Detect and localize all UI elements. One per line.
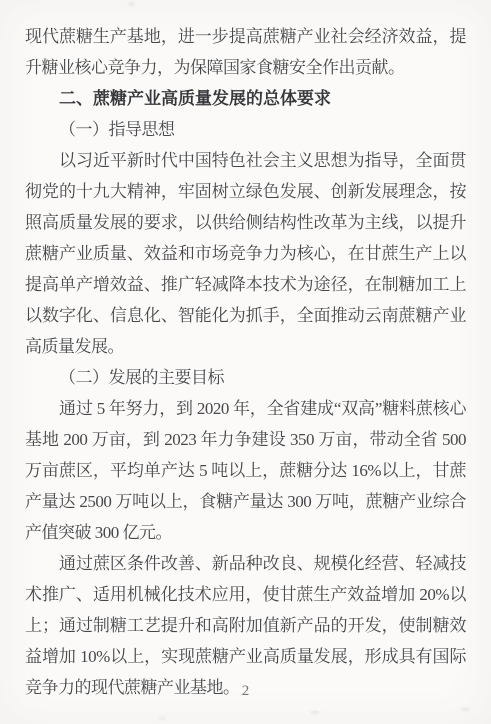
scan-smudge [310,711,320,714]
scan-smudge [158,717,166,720]
subsection-heading-2: （二）发展的主要目标 [25,362,466,393]
section-heading: 二、蔗糖产业高质量发展的总体要求 [25,83,466,114]
subsection-heading-1: （一）指导思想 [25,114,466,145]
paragraph-continued: 现代蔗糖生产基地，进一步提高蔗糖产业社会经济效益，提升糖业核心竞争力，为保障国家… [25,21,466,83]
document-page: 现代蔗糖生产基地，进一步提高蔗糖产业社会经济效益，提升糖业核心竞争力，为保障国家… [0,0,491,724]
page-number: 2 [0,683,491,700]
paragraph-development-targets: 通过 5 年努力，到 2020 年，全省建成“双高”糖料蔗核心基地 200 万亩… [25,393,466,548]
scan-smudge [128,2,135,6]
paragraph-guiding-ideology: 以习近平新时代中国特色社会主义思想为指导，全面贯彻党的十九大精神，牢固树立绿色发… [25,145,466,362]
document-body: 现代蔗糖生产基地，进一步提高蔗糖产业社会经济效益，提升糖业核心竞争力，为保障国家… [25,21,466,703]
scan-smudge [461,708,470,711]
paragraph-benefit-targets: 通过蔗区条件改善、新品种改良、规模化经营、轻减技术推广、适用机械化技术应用，使甘… [25,548,466,703]
